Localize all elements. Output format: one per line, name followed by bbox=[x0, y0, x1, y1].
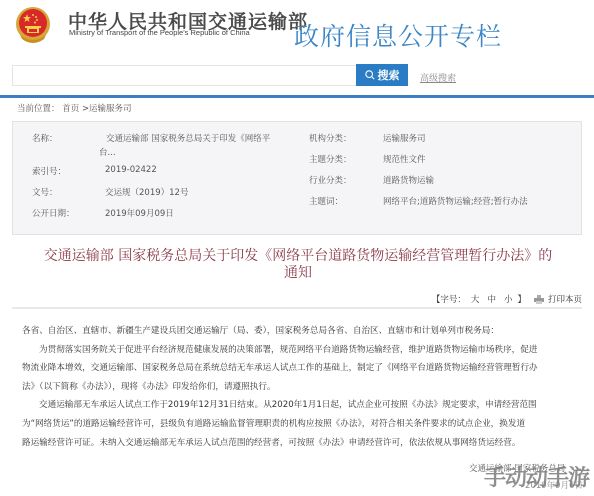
name-label: 名称： bbox=[32, 132, 58, 144]
body-paragraph: 路运输经营许可证。未纳入交通运输部无车承运人试点范围的经营者，可按照《办法》申请… bbox=[22, 434, 582, 453]
breadcrumb-transport-services[interactable]: >运输服务司 bbox=[82, 104, 132, 114]
search-icon bbox=[365, 70, 375, 80]
document-title-line2: 通知 bbox=[18, 265, 578, 282]
industry-category-value: 道路货物运输 bbox=[383, 174, 434, 186]
body-paragraph: 各省、自治区、直辖市、新疆生产建设兵团交通运输厅（局、委），国家税务总局各省、自… bbox=[22, 322, 582, 341]
document-tools: 【字号： 大 中 小 】 打印本页 bbox=[432, 293, 582, 305]
header-divider bbox=[0, 95, 594, 98]
advanced-search-link[interactable]: 高级搜索 bbox=[420, 71, 456, 84]
index-number-value: 2019-02422 bbox=[105, 165, 157, 175]
printer-icon[interactable] bbox=[534, 295, 544, 304]
breadcrumb-prefix: 当前位置： bbox=[17, 104, 60, 114]
font-size-prefix: 【字号： bbox=[432, 293, 466, 305]
topic-category-value: 规范性文件 bbox=[383, 153, 426, 165]
breadcrumb: 当前位置： 首页 >运输服务司 bbox=[17, 102, 132, 114]
keywords-label: 主题词： bbox=[309, 195, 343, 207]
breadcrumb-home[interactable]: 首页 bbox=[62, 104, 79, 114]
document-metadata-panel: 名称： 交通运输部 国家税务总局关于印发《网络平 台... 索引号： 2019-… bbox=[12, 121, 582, 235]
index-number-label: 索引号： bbox=[32, 165, 66, 177]
search-input[interactable] bbox=[12, 65, 357, 86]
publish-date-value: 2019年09月09日 bbox=[105, 207, 174, 219]
font-size-large[interactable]: 大 bbox=[471, 293, 480, 305]
document-number-label: 文号： bbox=[32, 186, 58, 198]
font-size-medium[interactable]: 中 bbox=[487, 293, 496, 305]
body-paragraph: 法》（以下简称《办法》），现将《办法》印发给你们，请遵照执行。 bbox=[22, 378, 582, 397]
name-value: 交通运输部 国家税务总局关于印发《网络平 bbox=[106, 132, 270, 144]
document-title: 交通运输部 国家税务总局关于印发《网络平台道路货物运输经营管理暂行办法》的 通知 bbox=[18, 248, 578, 282]
content-divider bbox=[12, 307, 582, 309]
document-number-value: 交运规（2019）12号 bbox=[105, 186, 188, 198]
watermark-text: 手动动手游 bbox=[484, 461, 589, 492]
organization-category-label: 机构分类： bbox=[309, 132, 352, 144]
national-emblem-icon bbox=[14, 5, 52, 45]
body-paragraph: 交通运输部无车承运人试点工作于2019年12月31日结束。从2020年1月1日起… bbox=[22, 396, 582, 415]
print-page-link[interactable]: 打印本页 bbox=[548, 293, 582, 305]
site-header: 中华人民共和国交通运输部 Ministry of Transport of th… bbox=[0, 0, 594, 62]
site-name-english: Ministry of Transport of the People's Re… bbox=[69, 28, 250, 37]
name-value-continued: 台... bbox=[99, 146, 116, 158]
keywords-value: 网络平台;道路货物运输;经营;暂行办法 bbox=[383, 195, 528, 207]
search-button-label: 搜索 bbox=[378, 67, 400, 83]
document-title-line1: 交通运输部 国家税务总局关于印发《网络平台道路货物运输经营管理暂行办法》的 bbox=[18, 248, 578, 265]
body-paragraph: 为贯彻落实国务院关于促进平台经济规范健康发展的决策部署，规范网络平台道路货物运输… bbox=[22, 341, 582, 360]
document-body: 各省、自治区、直辖市、新疆生产建设兵团交通运输厅（局、委），国家税务总局各省、自… bbox=[22, 322, 582, 452]
organization-category-value: 运输服务司 bbox=[383, 132, 426, 144]
section-title: 政府信息公开专栏 bbox=[294, 17, 502, 53]
publish-date-label: 公开日期： bbox=[32, 207, 75, 219]
body-paragraph: 物流业降本增效，交通运输部、国家税务总局在系统总结无车承运人试点工作的基础上，制… bbox=[22, 359, 582, 378]
body-paragraph: 为“网络货运”的道路运输经营许可，县级负有道路运输监督管理职责的机构应按照《办法… bbox=[22, 415, 582, 434]
topic-category-label: 主题分类： bbox=[309, 153, 352, 165]
industry-category-label: 行业分类： bbox=[309, 174, 352, 186]
font-size-small[interactable]: 小 bbox=[504, 293, 513, 305]
font-size-suffix: 】 bbox=[517, 293, 526, 305]
search-button[interactable]: 搜索 bbox=[356, 64, 408, 86]
